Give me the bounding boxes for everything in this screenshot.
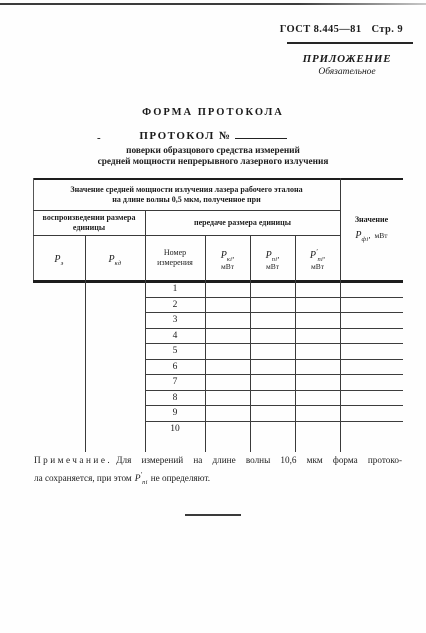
table-row: 6 xyxy=(145,360,403,376)
span-header-line2: на длине волны 0,5 мкм, полученное при xyxy=(112,195,260,205)
table-row: 9 xyxy=(145,406,403,422)
unit-mwt: мВт xyxy=(311,263,324,271)
table-row: 2 xyxy=(145,298,403,314)
symbol-pki: Ркi, xyxy=(221,245,235,263)
footnote-label: Примечание. xyxy=(34,455,112,465)
footnote-text2b: не определяют. xyxy=(151,473,210,483)
footnote: Примечание.Для измерений на длине волны … xyxy=(34,453,402,490)
row-number: 2 xyxy=(145,298,205,313)
cell-symbol-pki: Ркi, мВт xyxy=(205,235,250,280)
end-of-document-rule xyxy=(185,514,241,516)
row-number: 9 xyxy=(145,406,205,421)
gost-number: ГОСТ 8.445—81 xyxy=(280,24,362,35)
subtitle-line2: средней мощности непрерывного лазерного … xyxy=(0,157,426,168)
symbol-ppi: Рпi, xyxy=(266,245,280,263)
row-number: 5 xyxy=(145,344,205,359)
protocol-table: Значение средней мощности излучения лазе… xyxy=(33,178,403,454)
table-row: 7 xyxy=(145,375,403,391)
table-row: 8 xyxy=(145,391,403,407)
footnote-line2: ла сохраняется, при этомР′пiне определяю… xyxy=(34,468,402,490)
cell-transfer-header: передаче размера единицы xyxy=(145,210,340,235)
running-header-rule xyxy=(287,42,413,44)
symbol-ppi-prime-inline: Р′пi xyxy=(135,473,148,483)
row-number: 3 xyxy=(145,313,205,328)
cell-value-column-header: Значение Рфi, мВт xyxy=(340,178,403,280)
appendix-block: ПРИЛОЖЕНИЕ Обязательное xyxy=(293,53,401,77)
cell-measurement-number-header: Номер измерения xyxy=(145,235,205,280)
table-row: 3 xyxy=(145,313,403,329)
symbol-pkd: Ркд xyxy=(108,249,121,267)
symbol-ppi-prime: Р′пi, xyxy=(310,245,325,263)
cell-span-header: Значение средней мощности излучения лазе… xyxy=(35,181,338,208)
value-formula: Рфi, мВт xyxy=(355,225,387,243)
scan-edge-line xyxy=(0,3,426,5)
row-number: 10 xyxy=(145,422,205,437)
unit-mwt: мВт xyxy=(221,263,234,271)
table-body: 1 2 3 4 5 6 7 8 9 10 xyxy=(145,282,403,436)
footnote-line1: Примечание.Для измерений на длине волны … xyxy=(34,453,402,468)
nomer-line1: Номер xyxy=(164,248,186,258)
footnote-text1: Для измерений на длине волны 10,6 мкм фо… xyxy=(116,455,402,465)
row-number: 7 xyxy=(145,375,205,390)
reproduce-line2: единицы xyxy=(73,223,105,233)
row-number: 6 xyxy=(145,360,205,375)
table-row: 1 xyxy=(145,282,403,298)
cell-symbol-ppi: Рпi, мВт xyxy=(250,235,295,280)
footnote-text2a: ла сохраняется, при этом xyxy=(34,473,132,483)
appendix-type: Обязательное xyxy=(293,67,401,77)
subtitle-line1: поверки образцового средства измерений xyxy=(0,146,426,157)
row-number: 1 xyxy=(145,282,205,297)
protocol-label: ПРОТОКОЛ № xyxy=(139,130,231,142)
row-number: 8 xyxy=(145,391,205,406)
cell-symbol-ppi-prime: Р′пi, мВт xyxy=(295,235,340,280)
appendix-title: ПРИЛОЖЕНИЕ xyxy=(293,53,401,65)
protocol-subtitle: поверки образцового средства измерений с… xyxy=(0,146,426,167)
protocol-number-blank xyxy=(235,129,287,139)
cell-reproduce-header: воспроизведении размера единицы xyxy=(33,211,145,234)
symbol-pe: Рэ xyxy=(54,249,63,267)
reproduce-line1: воспроизведении размера xyxy=(43,213,136,223)
unit-mwt: мВт xyxy=(266,263,279,271)
running-header: ГОСТ 8.445—81 Стр. 9 xyxy=(280,24,403,35)
nomer-line2: измерения xyxy=(157,258,193,268)
cell-symbol-pkd: Ркд xyxy=(85,235,145,280)
row-number: 4 xyxy=(145,329,205,344)
cell-symbol-pe: Рэ xyxy=(33,235,85,280)
form-title: ФОРМА ПРОТОКОЛА xyxy=(0,107,426,118)
table-row: 10 xyxy=(145,422,403,437)
scanned-document-page: ГОСТ 8.445—81 Стр. 9 ПРИЛОЖЕНИЕ Обязател… xyxy=(0,0,426,633)
span-header-line1: Значение средней мощности излучения лазе… xyxy=(70,185,302,195)
table-row: 5 xyxy=(145,344,403,360)
page-number: Стр. 9 xyxy=(372,24,403,35)
table-row: 4 xyxy=(145,329,403,345)
transfer-label: передаче размера единицы xyxy=(194,218,291,228)
value-label: Значение xyxy=(355,215,388,225)
protocol-title: ПРОТОКОЛ № xyxy=(0,129,426,142)
